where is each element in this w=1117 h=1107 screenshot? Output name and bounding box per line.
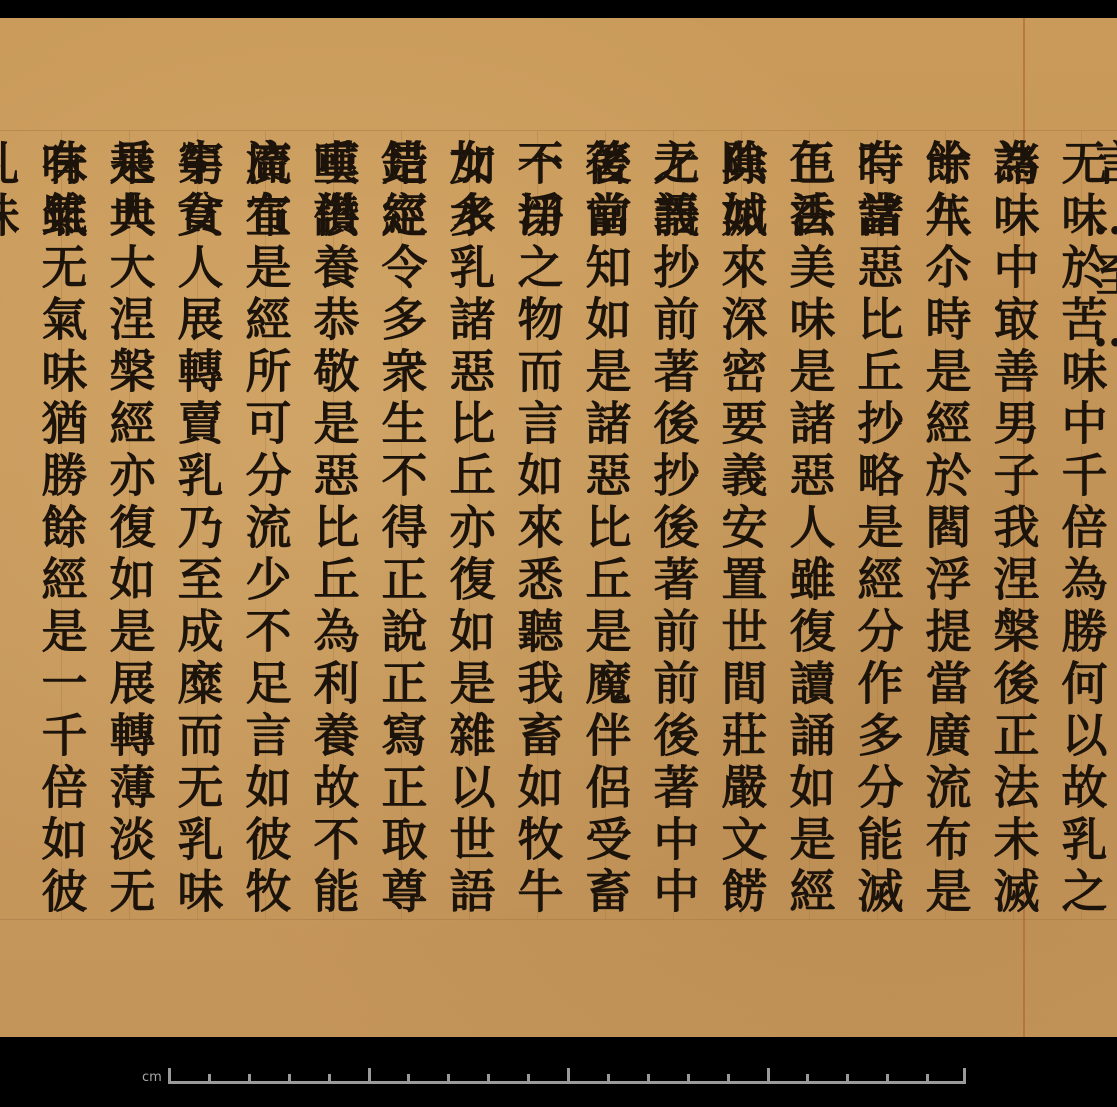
scale-major-tick (767, 1068, 770, 1084)
manuscript-paper: 言…至…无味於苦味中千倍為勝何以故乳之為味諸味中㝡善男子我涅槃後正法未滅餘八十年… (0, 18, 1117, 1037)
scale-major-tick (368, 1068, 371, 1084)
column-text: 味雖无氣味猶勝餘經是一千倍如彼乳味 (0, 139, 61, 919)
scale-unit-label: cm (142, 1070, 162, 1085)
scale-minor-tick (527, 1074, 530, 1084)
scale-minor-tick (208, 1074, 211, 1084)
scale-bar (168, 1068, 966, 1084)
scale-minor-tick (926, 1074, 929, 1084)
scale-minor-tick (806, 1074, 809, 1084)
scale-minor-tick (407, 1074, 410, 1084)
scale-minor-tick (647, 1074, 650, 1084)
text-column: 味雖无氣味猶勝餘經是一千倍如彼乳味 (0, 131, 61, 919)
scale-minor-tick (288, 1074, 291, 1084)
scale-minor-tick (328, 1074, 331, 1084)
scale-major-tick (168, 1068, 171, 1084)
scale-minor-tick (487, 1074, 490, 1084)
scale-minor-tick (447, 1074, 450, 1084)
top-frame (0, 0, 1117, 18)
scale-minor-tick (846, 1074, 849, 1084)
scale-major-tick (567, 1068, 570, 1084)
scale-minor-tick (248, 1074, 251, 1084)
scale-minor-tick (727, 1074, 730, 1084)
scale-minor-tick (687, 1074, 690, 1084)
ruled-text-area: 言…至…无味於苦味中千倍為勝何以故乳之為味諸味中㝡善男子我涅槃後正法未滅餘八十年… (0, 130, 1117, 920)
scale-minor-tick (607, 1074, 610, 1084)
scale-minor-tick (886, 1074, 889, 1084)
scale-major-tick (963, 1068, 966, 1084)
